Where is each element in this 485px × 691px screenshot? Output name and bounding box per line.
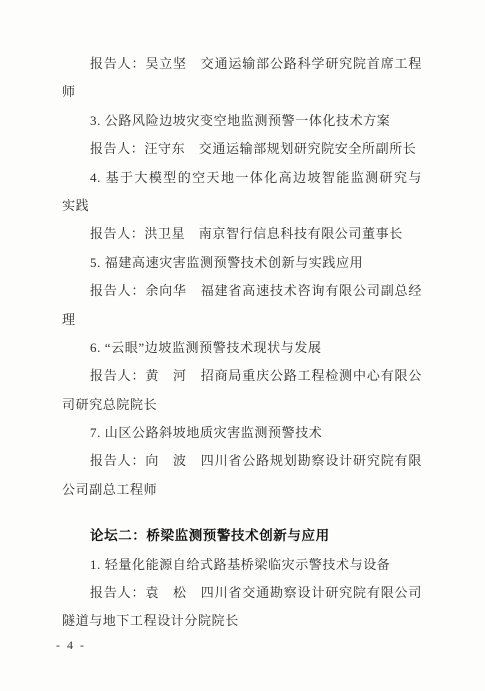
text-line: 师 [62, 78, 422, 106]
text-line: 实践 [62, 192, 422, 220]
text-line: 报告人：袁 松 四川省交通勘察设计研究院有限公司 [62, 579, 422, 607]
text-line: 司研究总院院长 [62, 391, 422, 419]
text-line: 报告人：吴立坚 交通运输部公路科学研究院首席工程 [62, 50, 422, 78]
text-line: 报告人：余向华 福建省高速技术咨询有限公司副总经 [62, 277, 422, 305]
document-page: 报告人：吴立坚 交通运输部公路科学研究院首席工程师3. 公路风险边坡灾变空地监测… [0, 0, 485, 691]
text-line: 3. 公路风险边坡灾变空地监测预警一体化技术方案 [62, 107, 422, 135]
text-line: 1. 轻量化能源自给式路基桥梁临灾示警技术与设备 [62, 551, 422, 579]
text-line: 4. 基于大模型的空天地一体化高边坡智能监测研究与 [62, 164, 422, 192]
text-line: 5. 福建高速灾害监测预警技术创新与实践应用 [62, 249, 422, 277]
text-line: 7. 山区公路斜坡地质灾害监测预警技术 [62, 419, 422, 447]
page-number: - 4 - [56, 636, 86, 654]
text-line: 6. “云眼”边坡监测预警技术现状与发展 [62, 334, 422, 362]
text-line: 报告人：黄 河 招商局重庆公路工程检测中心有限公 [62, 362, 422, 390]
text-line: 理 [62, 306, 422, 334]
text-line: 报告人：洪卫星 南京智行信息科技有限公司董事长 [62, 220, 422, 248]
text-line: 报告人：向 波 四川省公路规划勘察设计研究院有限 [62, 447, 422, 475]
section-heading: 论坛二：桥梁监测预警技术创新与应用 [62, 522, 422, 550]
text-line: 报告人：汪守东 交通运输部规划研究院安全所副所长 [62, 135, 422, 163]
text-line: 隧道与地下工程设计分院院长 [62, 607, 422, 635]
text-line: 公司副总工程师 [62, 476, 422, 504]
document-body: 报告人：吴立坚 交通运输部公路科学研究院首席工程师3. 公路风险边坡灾变空地监测… [62, 50, 422, 636]
